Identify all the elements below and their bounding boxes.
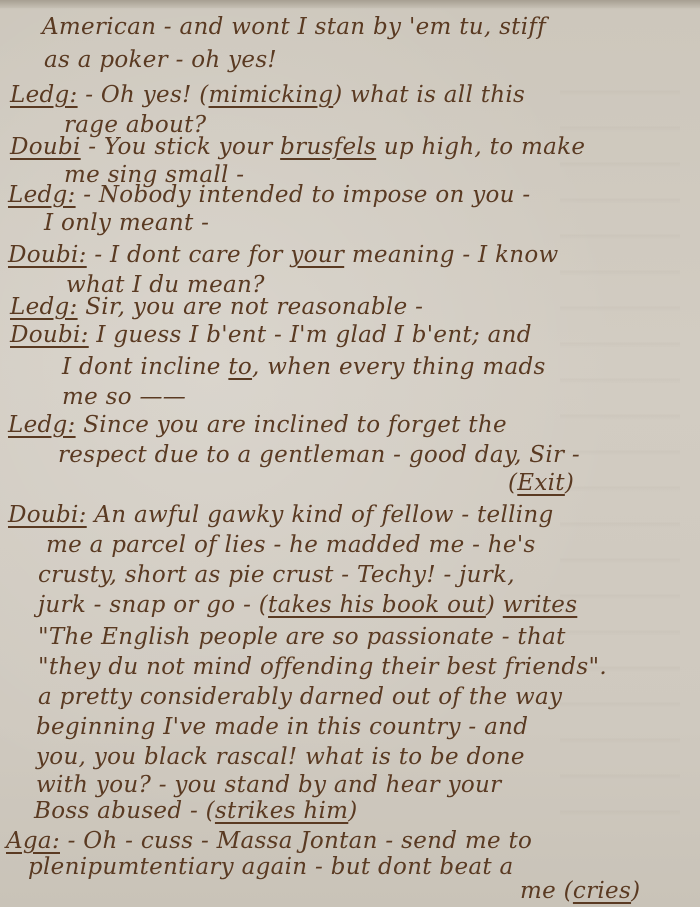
stage-direction: writes [503, 592, 578, 618]
speaker-name: Doubi: [10, 322, 89, 348]
manuscript-line: I only meant - [44, 208, 209, 238]
line-text: ) what is all this [333, 82, 525, 108]
speaker-name: Aga: [6, 828, 60, 854]
stage-direction: takes his book out [268, 592, 486, 618]
emphasized-word: your [290, 242, 344, 268]
speaker-name: Doubi: [8, 502, 87, 528]
manuscript-line: plenipumtentiary again - but dont beat a [28, 852, 514, 882]
manuscript-line: a pretty considerably darned out of the … [38, 682, 562, 712]
line-text: - Oh yes! ( [78, 82, 209, 108]
line-text: I dont incline [62, 354, 228, 380]
manuscript-line: as a poker - oh yes! [44, 45, 277, 75]
manuscript-line: I dont incline to, when every thing mads [62, 352, 546, 382]
line-text: crusty, short as pie crust - Techy! - ju… [38, 562, 515, 588]
line-text: meaning - I know [344, 242, 558, 268]
line-text: - Nobody intended to impose on you - [76, 182, 531, 208]
line-text: me a parcel of lies - he madded me - he'… [46, 532, 536, 558]
line-text: you, you black rascal! what is to be don… [36, 744, 525, 770]
line-text: - You stick your [81, 134, 280, 160]
manuscript-line: Boss abused - (strikes him) [34, 796, 358, 826]
manuscript-line: Doubi: - I dont care for your meaning - … [8, 240, 559, 270]
line-text: Boss abused - ( [34, 798, 215, 824]
manuscript-line: Doubi: I guess I b'ent - I'm glad I b'en… [10, 320, 532, 350]
speaker-name: Ledg: [10, 82, 78, 108]
line-text: ) [486, 592, 503, 618]
manuscript-line: Ledg: Since you are inclined to forget t… [8, 410, 507, 440]
emphasized-word: to [228, 354, 252, 380]
line-text: , when every thing mads [252, 354, 546, 380]
line-text: I only meant - [44, 210, 209, 236]
manuscript-line: you, you black rascal! what is to be don… [36, 742, 525, 772]
line-text: ( [508, 470, 517, 496]
line-text: ) [348, 798, 357, 824]
manuscript-line: Doubi: An awful gawky kind of fellow - t… [8, 500, 554, 530]
line-text: beginning I've made in this country - an… [36, 714, 528, 740]
line-text: me so —— [62, 384, 186, 410]
manuscript-line: me (cries) [520, 876, 640, 906]
stage-direction: Exit [517, 470, 565, 496]
line-text: up high, to make [376, 134, 585, 160]
manuscript-line: Ledg: Sir, you are not reasonable - [10, 292, 423, 322]
line-text: "they du not mind offending their best f… [38, 654, 607, 680]
line-text: ) [565, 470, 574, 496]
line-text: me ( [520, 878, 573, 904]
manuscript-line: beginning I've made in this country - an… [36, 712, 528, 742]
line-text: Sir, you are not reasonable - [78, 294, 424, 320]
manuscript-line: jurk - snap or go - (takes his book out)… [38, 590, 577, 620]
page-top-edge [0, 0, 700, 8]
line-text: jurk - snap or go - ( [38, 592, 268, 618]
line-text: - Oh - cuss - Massa Jontan - send me to [60, 828, 532, 854]
manuscript-line: Doubi - You stick your brusfels up high,… [10, 132, 585, 162]
stage-direction: cries [573, 878, 631, 904]
line-text: Since you are inclined to forget the [76, 412, 507, 438]
stage-direction: mimicking [209, 82, 334, 108]
manuscript-line: (Exit) [508, 468, 574, 498]
line-text: An awful gawky kind of fellow - telling [87, 502, 554, 528]
manuscript-line: "they du not mind offending their best f… [38, 652, 607, 682]
manuscript-page: American - and wont I stan by 'em tu, st… [0, 0, 700, 907]
manuscript-line: Ledg: - Nobody intended to impose on you… [8, 180, 530, 210]
line-text: plenipumtentiary again - but dont beat a [28, 854, 514, 880]
speaker-name: Doubi [10, 134, 81, 160]
manuscript-line: Ledg: - Oh yes! (mimicking) what is all … [10, 80, 525, 110]
line-text: respect due to a gentleman - good day, S… [58, 442, 580, 468]
manuscript-line: respect due to a gentleman - good day, S… [58, 440, 580, 470]
manuscript-line: American - and wont I stan by 'em tu, st… [42, 12, 546, 42]
speaker-name: Doubi: [8, 242, 87, 268]
manuscript-line: me so —— [62, 382, 186, 412]
line-text: with you? - you stand by and hear your [36, 772, 501, 798]
speaker-name: Ledg: [10, 294, 78, 320]
line-text: a pretty considerably darned out of the … [38, 684, 562, 710]
line-text: - I dont care for [87, 242, 291, 268]
speaker-name: Ledg: [8, 412, 76, 438]
manuscript-line: me a parcel of lies - he madded me - he'… [46, 530, 536, 560]
manuscript-line: "The English people are so passionate - … [38, 622, 566, 652]
line-text: as a poker - oh yes! [44, 47, 277, 73]
line-text: I guess I b'ent - I'm glad I b'ent; and [89, 322, 532, 348]
emphasized-word: brusfels [280, 134, 376, 160]
line-text: ) [631, 878, 640, 904]
manuscript-line: crusty, short as pie crust - Techy! - ju… [38, 560, 515, 590]
line-text: American - and wont I stan by 'em tu, st… [42, 14, 546, 40]
speaker-name: Ledg: [8, 182, 76, 208]
line-text: "The English people are so passionate - … [38, 624, 566, 650]
stage-direction: strikes him [215, 798, 348, 824]
